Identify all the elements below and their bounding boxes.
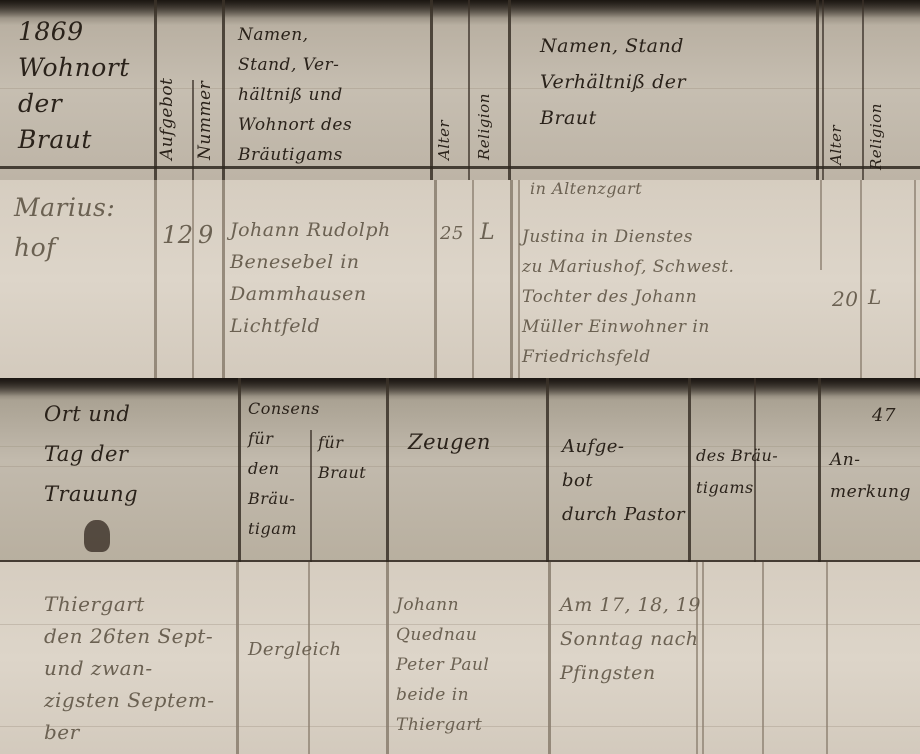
header-remarks: An- merkung [830, 444, 911, 508]
entry-bride-details: Justina in Dienstes zu Mariushof, Schwes… [522, 222, 734, 372]
header-officiant: des Bräu- tigams [696, 440, 778, 504]
column-divider [468, 0, 470, 180]
header-aufgebot: Aufgebot [158, 78, 178, 160]
header-groom-age: Alter [436, 120, 453, 160]
column-divider [386, 562, 389, 754]
entry-consent: Dergleich [248, 640, 342, 661]
register-lower-header: Ort und Tag der Trauung Consens für den … [0, 378, 920, 562]
column-divider [508, 0, 511, 180]
page-edge-shadow [0, 0, 920, 18]
header-groom-religion: Religion [476, 93, 493, 160]
entry-register-number: 9 [198, 222, 214, 250]
column-divider [192, 80, 194, 180]
column-divider [222, 0, 225, 180]
column-divider [818, 378, 821, 562]
column-divider [914, 180, 916, 378]
header-witnesses: Zeugen [408, 430, 491, 454]
entry-groom-details: Johann Rudolph Benesebel in Dammhausen L… [230, 214, 391, 342]
entry-bride-residence: Marius: hof [14, 188, 115, 268]
ruled-line [0, 88, 920, 89]
column-divider [822, 0, 824, 180]
column-divider [702, 562, 704, 754]
column-divider [430, 0, 433, 180]
column-divider [548, 562, 551, 754]
column-divider [434, 180, 437, 378]
register-lower-entry: Thiergart den 26ten Sept- und zwan- zigs… [0, 562, 920, 754]
header-bottom-border [0, 166, 920, 169]
header-bride-residence: 1869 Wohnort der Braut [18, 14, 130, 158]
header-consent-groom: Consens für den Bräu- tigam [248, 394, 320, 544]
register-upper-header: 1869 Wohnort der Braut Aufgebot Nummer N… [0, 0, 920, 180]
entry-bride-age: 20 [832, 288, 858, 311]
header-groom-details: Namen, Stand, Ver- hältniß und Wohnort d… [238, 20, 352, 170]
entry-bride-overflow-text: in Altenzgart [530, 180, 642, 198]
header-bride-religion: Religion [868, 103, 885, 170]
column-divider [518, 180, 520, 378]
header-nummer: Nummer [196, 81, 216, 160]
entry-aufgebot-number: 12 [162, 222, 194, 250]
register-upper-entry: Marius: hof 12 9 Johann Rudolph Benesebe… [0, 180, 920, 378]
column-divider [546, 378, 549, 562]
header-marriage-place-date: Ort und Tag der Trauung [44, 394, 138, 514]
entry-groom-religion: L [480, 220, 495, 245]
column-divider [154, 180, 157, 378]
column-divider [238, 378, 241, 562]
column-divider [762, 562, 764, 754]
column-divider [192, 180, 194, 378]
entry-witnesses: Johann Quednau Peter Paul beide in Thier… [396, 590, 489, 740]
column-divider [826, 562, 828, 754]
entry-banns-dates: Am 17, 18, 19 Sonntag nach Pfingsten [560, 588, 701, 690]
header-bride-age: Alter [828, 125, 845, 165]
column-divider [820, 180, 822, 270]
header-consent-bride: für Braut [318, 428, 366, 488]
column-divider [222, 180, 225, 378]
entry-bride-religion: L [868, 286, 882, 309]
column-divider [862, 0, 864, 180]
entry-marriage-place-date: Thiergart den 26ten Sept- und zwan- zigs… [44, 588, 215, 748]
header-bride-details: Namen, Stand Verhältniß der Braut [540, 28, 686, 136]
column-divider [860, 180, 862, 378]
page-number: 47 [872, 406, 896, 427]
entry-groom-age: 25 [440, 224, 464, 245]
column-divider [510, 180, 513, 378]
column-divider [688, 378, 691, 562]
ink-blot [84, 520, 110, 552]
column-divider [236, 562, 239, 754]
column-divider [816, 0, 819, 180]
column-divider [472, 180, 474, 378]
header-banns: Aufge- bot durch Pastor [562, 430, 685, 532]
column-divider [386, 378, 389, 562]
